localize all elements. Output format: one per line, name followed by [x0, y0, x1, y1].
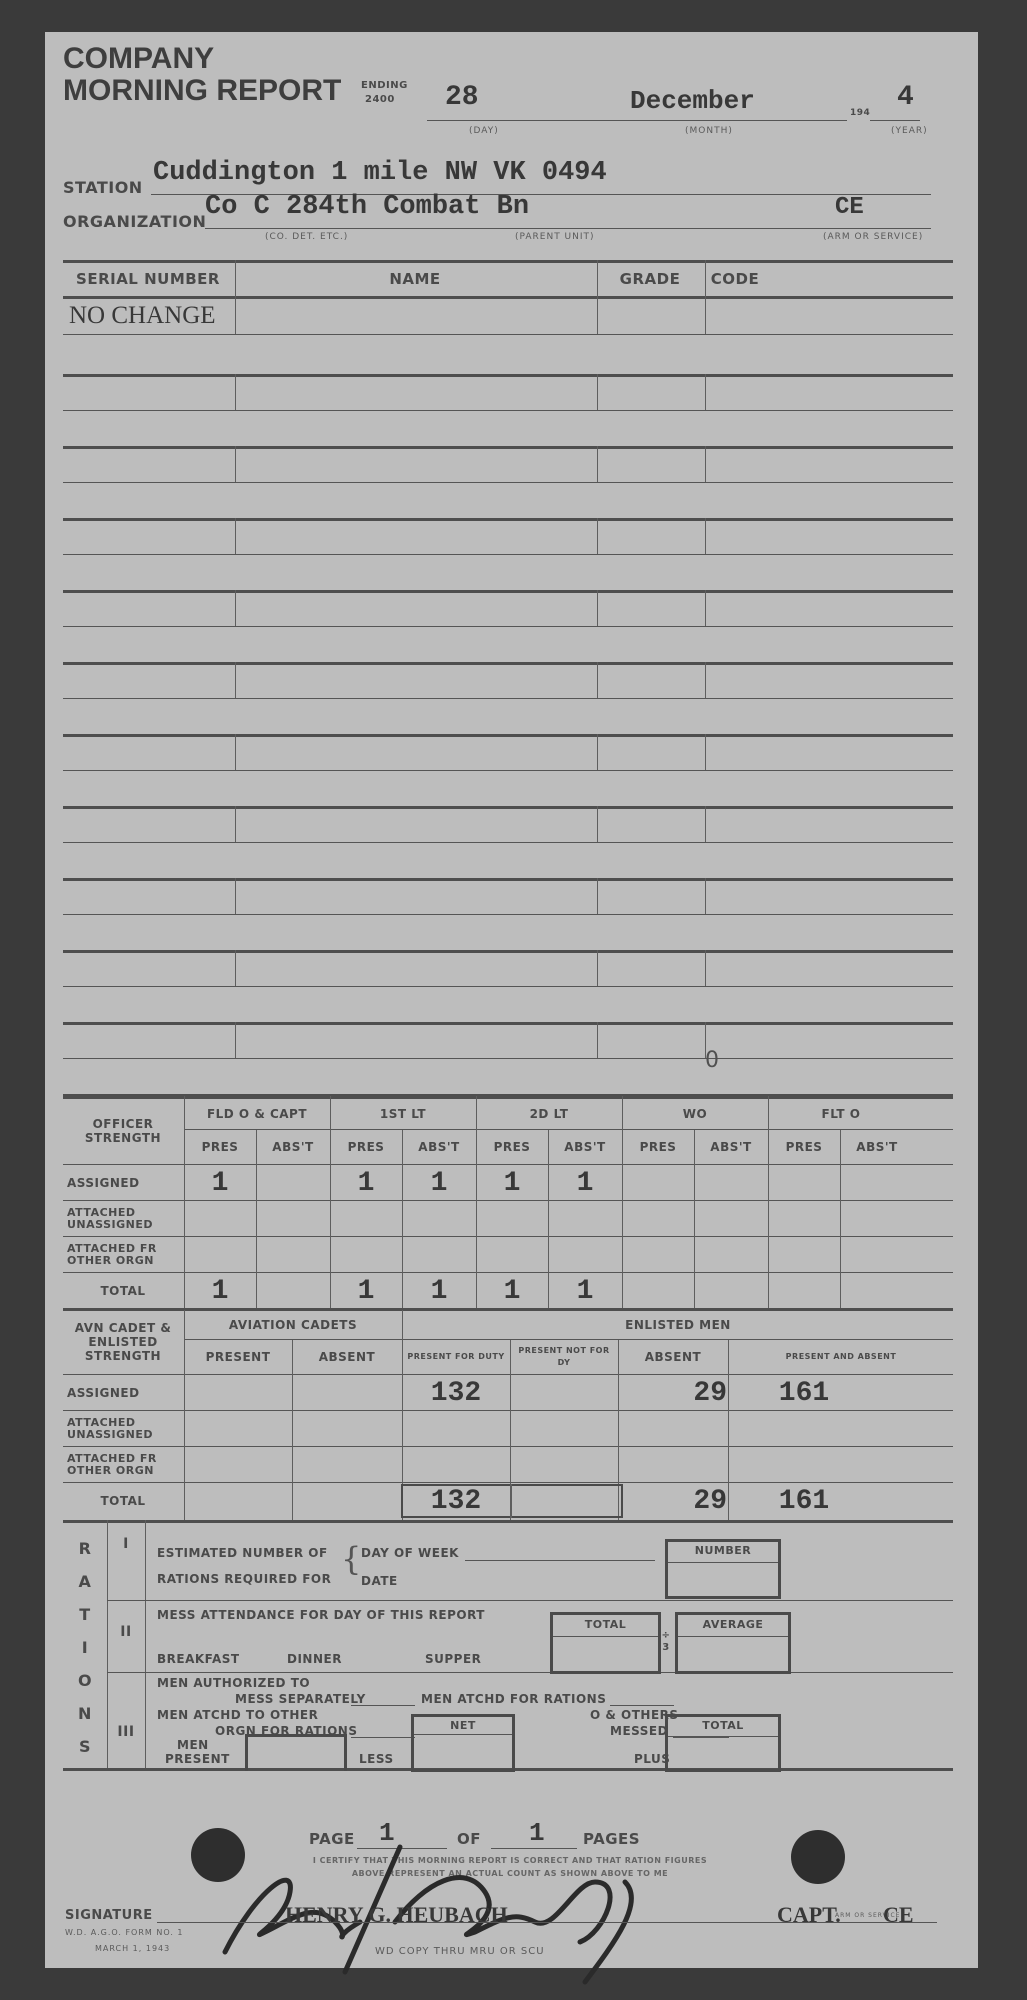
rations-estimated-label: ESTIMATED NUMBER OF: [157, 1546, 328, 1560]
day-of-week-label: DAY OF WEEK: [361, 1546, 459, 1560]
signer-arm: CE: [883, 1902, 914, 1928]
present-label: PRESENT: [165, 1752, 230, 1766]
copy-note: WD COPY THRU MRU OR SCU: [375, 1946, 545, 1957]
station-value: Cuddington 1 mile NW VK 0494: [153, 158, 607, 188]
men-present-box[interactable]: [245, 1734, 347, 1771]
row-attached-unassigned: ATTACHED UNASSIGNED: [67, 1412, 179, 1446]
report-day: 28: [445, 82, 479, 113]
group-aviation-cadets: AVIATION CADETS: [185, 1312, 401, 1338]
divide-by-3: ÷ 3: [659, 1622, 673, 1662]
officer-total-value: 1: [549, 1274, 621, 1308]
year-prefix: 194: [850, 108, 870, 118]
subcol-abst: ABS'T: [257, 1132, 329, 1162]
number-box-label: NUMBER: [665, 1540, 781, 1560]
rations-side-label: RATIONS: [75, 1532, 95, 1763]
month-caption: (MONTH): [685, 126, 733, 136]
subcol-abst: ABS'T: [695, 1132, 767, 1162]
officer-total-value: 1: [185, 1274, 255, 1308]
absent-value: 29: [619, 1376, 727, 1410]
col-present-not-for-duty: PRESENT NOT FOR DY: [511, 1342, 617, 1372]
group-fld-o-capt: FLD O & CAPT: [185, 1100, 329, 1128]
mess-attendance-label: MESS ATTENDANCE FOR DAY OF THIS REPORT: [157, 1608, 485, 1622]
supper-label: SUPPER: [425, 1652, 481, 1666]
row-attached-fr-other: ATTACHED FR OTHER ORGN: [67, 1448, 179, 1482]
dinner-label: DINNER: [287, 1652, 342, 1666]
punch-hole-right: [791, 1830, 845, 1884]
rations-total-label: TOTAL: [665, 1716, 781, 1734]
men-atchd-other-label: MEN ATCHD TO OTHER: [157, 1708, 318, 1722]
total-present-for-duty-value: 132: [403, 1484, 509, 1518]
org-caption: (CO. DET. ETC.): [265, 232, 348, 242]
subcol-pres: PRES: [331, 1132, 401, 1162]
col-name: NAME: [235, 264, 595, 294]
organization-label: ORGANIZATION: [63, 212, 206, 231]
subcol-pres: PRES: [623, 1132, 693, 1162]
officer-value: 1: [549, 1166, 621, 1200]
subcol-pres: PRES: [185, 1132, 255, 1162]
day-caption: (DAY): [469, 126, 499, 136]
col-code: CODE: [705, 264, 765, 294]
col-cadets-absent: ABSENT: [293, 1342, 401, 1372]
subcol-abst: ABS'T: [841, 1132, 913, 1162]
row-assigned: ASSIGNED: [67, 1376, 179, 1410]
form-title-line1: COMPANY: [63, 44, 214, 74]
col-present-and-absent: PRESENT AND ABSENT: [729, 1342, 953, 1372]
mess-separately-label: MESS SEPARATELY: [235, 1692, 366, 1706]
row-attached-fr-other: ATTACHED FR OTHER ORGN: [67, 1238, 179, 1272]
row-attached-unassigned: ATTACHED UNASSIGNED: [67, 1202, 179, 1236]
messed-label: MESSED: [610, 1724, 668, 1738]
signature-label: SIGNATURE: [65, 1908, 153, 1923]
parent-caption: (PARENT UNIT): [515, 232, 595, 242]
section-3-num: III: [107, 1712, 145, 1752]
date-label: DATE: [361, 1574, 398, 1588]
ending-label: ENDING: [361, 80, 408, 91]
section-1-num: I: [107, 1524, 145, 1564]
officer-value: 1: [331, 1166, 401, 1200]
morning-report-form: COMPANY MORNING REPORT ENDING 2400 28 De…: [45, 32, 978, 1968]
col-grade: GRADE: [597, 264, 703, 294]
report-month: December: [630, 86, 755, 116]
present-and-absent-value: 161: [729, 1376, 879, 1410]
present-for-duty-value: 132: [403, 1376, 509, 1410]
row-total: TOTAL: [63, 1274, 183, 1308]
breakfast-label: BREAKFAST: [157, 1652, 240, 1666]
group-1st-lt: 1ST LT: [331, 1100, 475, 1128]
station-label: STATION: [63, 178, 143, 197]
officer-total-value: 1: [331, 1274, 401, 1308]
report-year: 4: [897, 82, 914, 113]
signer-grade: CAPT.: [777, 1902, 841, 1928]
officer-value: 1: [185, 1166, 255, 1200]
form-title-line2: MORNING REPORT: [63, 76, 341, 106]
officer-strength-title: OFFICER STRENGTH: [63, 1100, 183, 1162]
signer-name: HENRY G. HEUBACH: [285, 1902, 508, 1928]
form-date: MARCH 1, 1943: [95, 1944, 170, 1953]
col-cadets-present: PRESENT: [185, 1342, 291, 1372]
less-label: LESS: [359, 1752, 394, 1766]
col-present-for-duty: PRESENT FOR DUTY: [403, 1342, 509, 1372]
group-wo: WO: [623, 1100, 767, 1128]
col-enlisted-absent: ABSENT: [619, 1342, 727, 1372]
group-2d-lt: 2D LT: [477, 1100, 621, 1128]
section-2-num: II: [107, 1612, 145, 1652]
officer-total-value: 1: [477, 1274, 547, 1308]
men-present-label: MEN: [177, 1738, 209, 1752]
year-caption: (YEAR): [891, 126, 928, 136]
mess-total-label: TOTAL: [550, 1614, 661, 1634]
officer-value: 1: [477, 1166, 547, 1200]
margin-mark: 0: [705, 1048, 719, 1073]
arm-value: CE: [835, 194, 864, 221]
group-flt-o: FLT O: [769, 1100, 913, 1128]
subcol-pres: PRES: [477, 1132, 547, 1162]
average-label: AVERAGE: [675, 1614, 791, 1634]
officer-value: 1: [403, 1166, 475, 1200]
officer-total-value: 1: [403, 1274, 475, 1308]
brace-icon: {: [341, 1540, 361, 1578]
row-assigned: ASSIGNED: [67, 1166, 179, 1200]
group-enlisted-men: ENLISTED MEN: [403, 1312, 953, 1338]
arm-caption: (ARM OR SERVICE): [823, 232, 923, 242]
ending-time-label: 2400: [365, 94, 395, 105]
row-total: TOTAL: [63, 1484, 183, 1518]
men-atchd-rations-label: MEN ATCHD FOR RATIONS: [421, 1692, 606, 1706]
enlisted-strength-title: AVN CADET & ENLISTED STRENGTH: [63, 1312, 183, 1372]
rations-required-label: RATIONS REQUIRED FOR: [157, 1572, 331, 1586]
roster-no-change: NO CHANGE: [69, 302, 216, 330]
form-number: W.D. A.G.O. FORM NO. 1: [65, 1928, 184, 1937]
net-label: NET: [411, 1716, 515, 1734]
organization-value: Co C 284th Combat Bn: [205, 192, 529, 222]
col-serial-number: SERIAL NUMBER: [63, 264, 233, 294]
subcol-pres: PRES: [769, 1132, 839, 1162]
total-present-and-absent-value: 161: [729, 1484, 879, 1518]
total-absent-value: 29: [619, 1484, 727, 1518]
subcol-abst: ABS'T: [549, 1132, 621, 1162]
subcol-abst: ABS'T: [403, 1132, 475, 1162]
men-authorized-label: MEN AUTHORIZED TO: [157, 1676, 310, 1690]
